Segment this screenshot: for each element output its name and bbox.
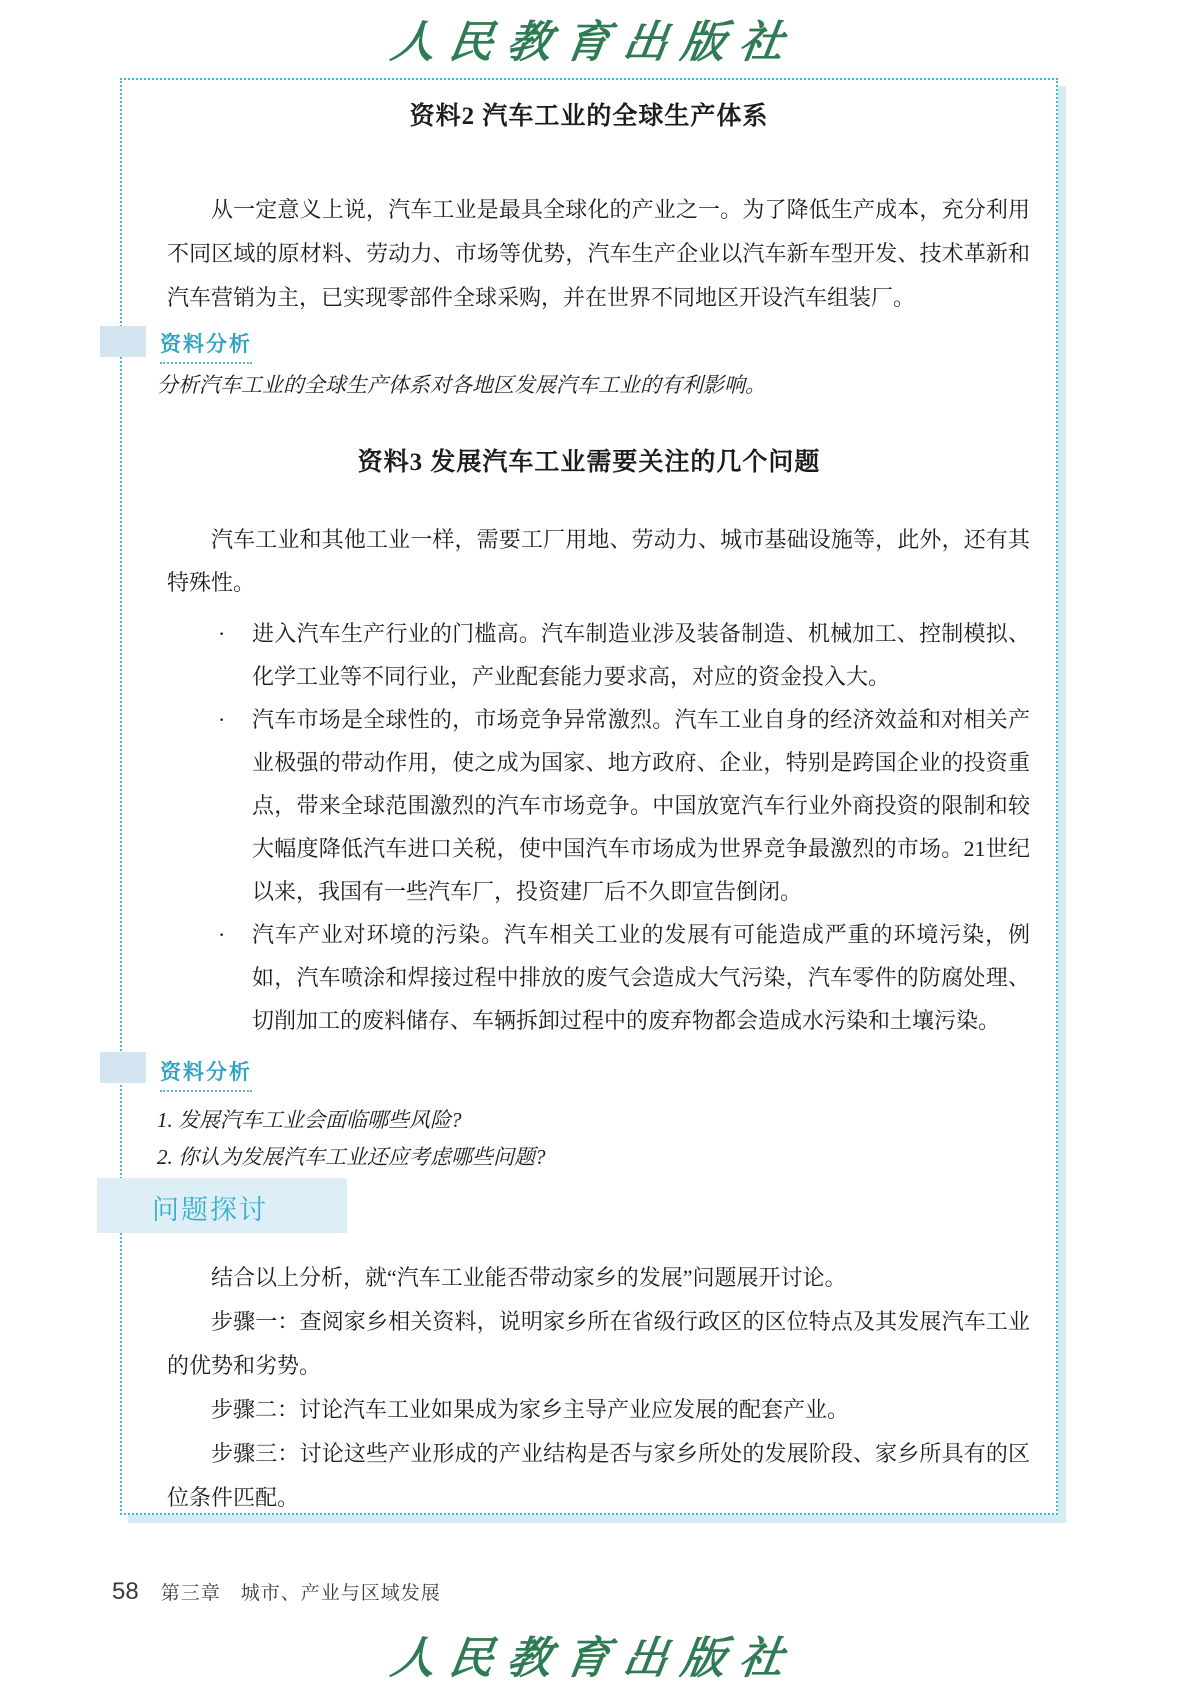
discussion-paragraph: 结合以上分析，就“汽车工业能否带动家乡的发展”问题展开讨论。: [167, 1256, 1030, 1300]
section2-paragraph: 从一定意义上说，汽车工业是最具全球化的产业之一。为了降低生产成本，充分利用不同区…: [167, 188, 1030, 320]
discussion-body: 结合以上分析，就“汽车工业能否带动家乡的发展”问题展开讨论。 步骤一：查阅家乡相…: [167, 1256, 1030, 1520]
bullet-marker: ·: [218, 612, 225, 655]
page-number: 58: [112, 1578, 139, 1606]
analysis2-decorative-square: [100, 1052, 146, 1083]
question-1: 1. 发展汽车工业会面临哪些风险?: [157, 1102, 1016, 1139]
bullet-item: · 汽车产业对环境的污染。汽车相关工业的发展有可能造成严重的环境污染，例如，汽车…: [252, 913, 1030, 1042]
bullet-item: · 进入汽车生产行业的门槛高。汽车制造业涉及装备制造、机械加工、控制模拟、化学工…: [252, 612, 1030, 698]
bullet-item: · 汽车市场是全球性的，市场竞争异常激烈。汽车工业自身的经济效益和对相关产业极强…: [252, 698, 1030, 913]
publisher-logo-top: 人民教育出版社: [0, 6, 1190, 70]
section3-title: 资料3 发展汽车工业需要关注的几个问题: [122, 442, 1056, 478]
discussion-banner: 问题探讨: [97, 1178, 347, 1233]
analysis1-heading: 资料分析: [160, 328, 252, 358]
page-footer: 58 第三章 城市、产业与区域发展: [112, 1578, 441, 1606]
chapter-title: 第三章 城市、产业与区域发展: [161, 1578, 441, 1605]
section3-bullet-list: · 进入汽车生产行业的门槛高。汽车制造业涉及装备制造、机械加工、控制模拟、化学工…: [167, 612, 1030, 1042]
discussion-label: 问题探讨: [152, 1188, 268, 1227]
content-frame: 资料2 汽车工业的全球生产体系 从一定意义上说，汽车工业是最具全球化的产业之一。…: [120, 78, 1058, 1515]
section2-title: 资料2 汽车工业的全球生产体系: [122, 96, 1056, 132]
analysis2-heading: 资料分析: [160, 1056, 252, 1086]
bullet-marker: ·: [218, 913, 225, 956]
bullet-text: 汽车市场是全球性的，市场竞争异常激烈。汽车工业自身的经济效益和对相关产业极强的带…: [252, 707, 1030, 904]
bullet-marker: ·: [218, 698, 225, 741]
analysis1-task: 分析汽车工业的全球生产体系对各地区发展汽车工业的有利影响。: [157, 370, 1016, 400]
section3-body: 汽车工业和其他工业一样，需要工厂用地、劳动力、城市基础设施等，此外，还有其特殊性…: [167, 518, 1030, 1042]
section3-intro: 汽车工业和其他工业一样，需要工厂用地、劳动力、城市基础设施等，此外，还有其特殊性…: [167, 518, 1030, 604]
analysis1-decorative-square: [100, 326, 146, 357]
discussion-paragraph: 步骤二：讨论汽车工业如果成为家乡主导产业应发展的配套产业。: [167, 1388, 1030, 1432]
question-2: 2. 你认为发展汽车工业还应考虑哪些问题?: [157, 1139, 1016, 1176]
analysis2-questions: 1. 发展汽车工业会面临哪些风险? 2. 你认为发展汽车工业还应考虑哪些问题?: [157, 1102, 1016, 1176]
analysis1-label: 资料分析: [160, 328, 252, 364]
textbook-page: { "publisher": { "logo_text": "人民教育出版社",…: [0, 0, 1190, 1683]
publisher-logo-bottom: 人民教育出版社: [0, 1622, 1190, 1683]
analysis2-label: 资料分析: [160, 1056, 252, 1092]
discussion-paragraph: 步骤一：查阅家乡相关资料，说明家乡所在省级行政区的区位特点及其发展汽车工业的优势…: [167, 1300, 1030, 1388]
bullet-text: 进入汽车生产行业的门槛高。汽车制造业涉及装备制造、机械加工、控制模拟、化学工业等…: [252, 621, 1030, 689]
discussion-paragraph: 步骤三：讨论这些产业形成的产业结构是否与家乡所处的发展阶段、家乡所具有的区位条件…: [167, 1432, 1030, 1520]
bullet-text: 汽车产业对环境的污染。汽车相关工业的发展有可能造成严重的环境污染，例如，汽车喷涂…: [252, 922, 1030, 1033]
